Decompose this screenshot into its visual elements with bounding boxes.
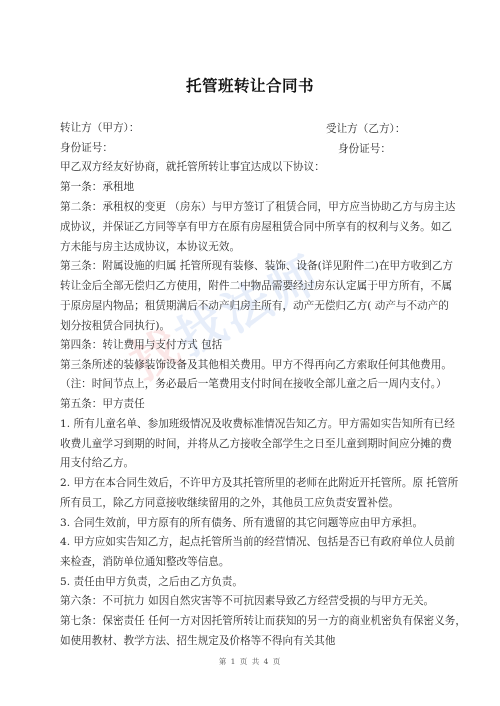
id-a-label: 身份证号： xyxy=(60,141,113,155)
party-a-label: 转让方（甲方）： xyxy=(60,121,139,135)
document-page: 找找法师 托管班转让合同书 转让方（甲方）： 受让方（乙方）： 身份证号： 身份… xyxy=(0,0,500,706)
clause-1: 第一条：承租地 xyxy=(60,180,134,194)
clause-5-item-4-cont: 来检查，消防单位通知整改等信息。 xyxy=(60,555,230,569)
clause-3-cont: 转让金后全部无偿归乙方使用，附件二中物品需要经过房东认定属于甲方所有，不属 xyxy=(60,279,452,293)
clause-5-item-2-cont: 所有员工，除乙方同意接收继续留用的之外，其他员工应负责安置补偿。 xyxy=(60,496,399,510)
clause-4: 第四条：转让费用与支付方式 包括 xyxy=(60,338,222,352)
clause-5-item-1: 1. 所有儿童名单、参加班级情况及收费标准情况告知乙方。甲方需如实告知所有已经 xyxy=(60,417,455,431)
intro-line: 甲乙双方经友好协商，就托管所转让事宜达成以下协议： xyxy=(60,160,325,174)
clause-5-item-5: 5. 责任由甲方负责，之后由乙方负责。 xyxy=(60,575,243,589)
page-number-footer: 第 1 页 共 4 页 xyxy=(0,656,500,667)
party-b-label: 受让方（乙方）： xyxy=(326,121,405,136)
clause-5-item-2: 2. 甲方在本合同生效后，不许甲方及其托管所里的老师在此附近开托管所。原 托管所 xyxy=(60,476,458,490)
clause-4-note: （注：时间节点上，务必最后一笔费用支付时间在接收全部儿童之后一周内支付。） xyxy=(60,377,447,391)
clause-5-item-4: 4. 甲方应如实告知乙方，起点托管所当前的经营情况、包括是否已有政府单位人员前 xyxy=(60,535,455,549)
clause-2: 第二条：承租权的变更 （房东）与甲方签订了租赁合同，甲方应当协助乙方与房主达 xyxy=(60,200,455,214)
clause-2-cont: 方未能与房主达成协议，本协议无效。 xyxy=(60,240,240,254)
clause-7-cont: 如使用教材、教学方法、招生规定及价格等不得向有关其他 xyxy=(60,634,335,648)
clause-3: 第三条：附属设施的归属 托管所现有装修、装饰、设备(详见附件二)在甲方收到乙方 xyxy=(60,259,453,273)
clause-5: 第五条：甲方责任 xyxy=(60,397,145,411)
clause-2-cont: 成协议，并保证乙方同等享有甲方在原有房屋租赁合同中所享有的权利与义务。如乙 xyxy=(60,220,452,234)
clause-7: 第七条：保密责任 任何一方对因托管所转让而获知的另一方的商业机密负有保密义务， xyxy=(60,614,466,628)
clause-5-item-1-cont: 收费儿童学习到期的时间，并将从乙方接收全部学生之日至儿童到期时间应分摊的费 xyxy=(60,437,452,451)
clause-5-item-3: 3. 合同生效前，甲方原有的所有债务、所有遗留的其它问题等应由甲方承担。 xyxy=(60,516,423,530)
clause-5-item-1-cont: 用支付给乙方。 xyxy=(60,456,134,470)
clause-3-cont: 于原房屋内物品；租赁期满后不动产归房主所有，动产无偿归乙方( 动产与不动产的 xyxy=(60,299,449,313)
clause-3-cont: 划分按租赁合同执行)。 xyxy=(60,319,170,333)
id-b-label: 身份证号： xyxy=(338,141,391,156)
document-title: 托管班转让合同书 xyxy=(0,74,500,96)
clause-4-cont: 第三条所述的装修装饰设备及其他相关费用。甲方不得再向乙方索取任何其他费用。 xyxy=(60,358,452,372)
clause-6: 第六条：不可抗力 如因自然灾害等不可抗因素导致乙方经营受损的与甲方无关。 xyxy=(60,594,434,608)
